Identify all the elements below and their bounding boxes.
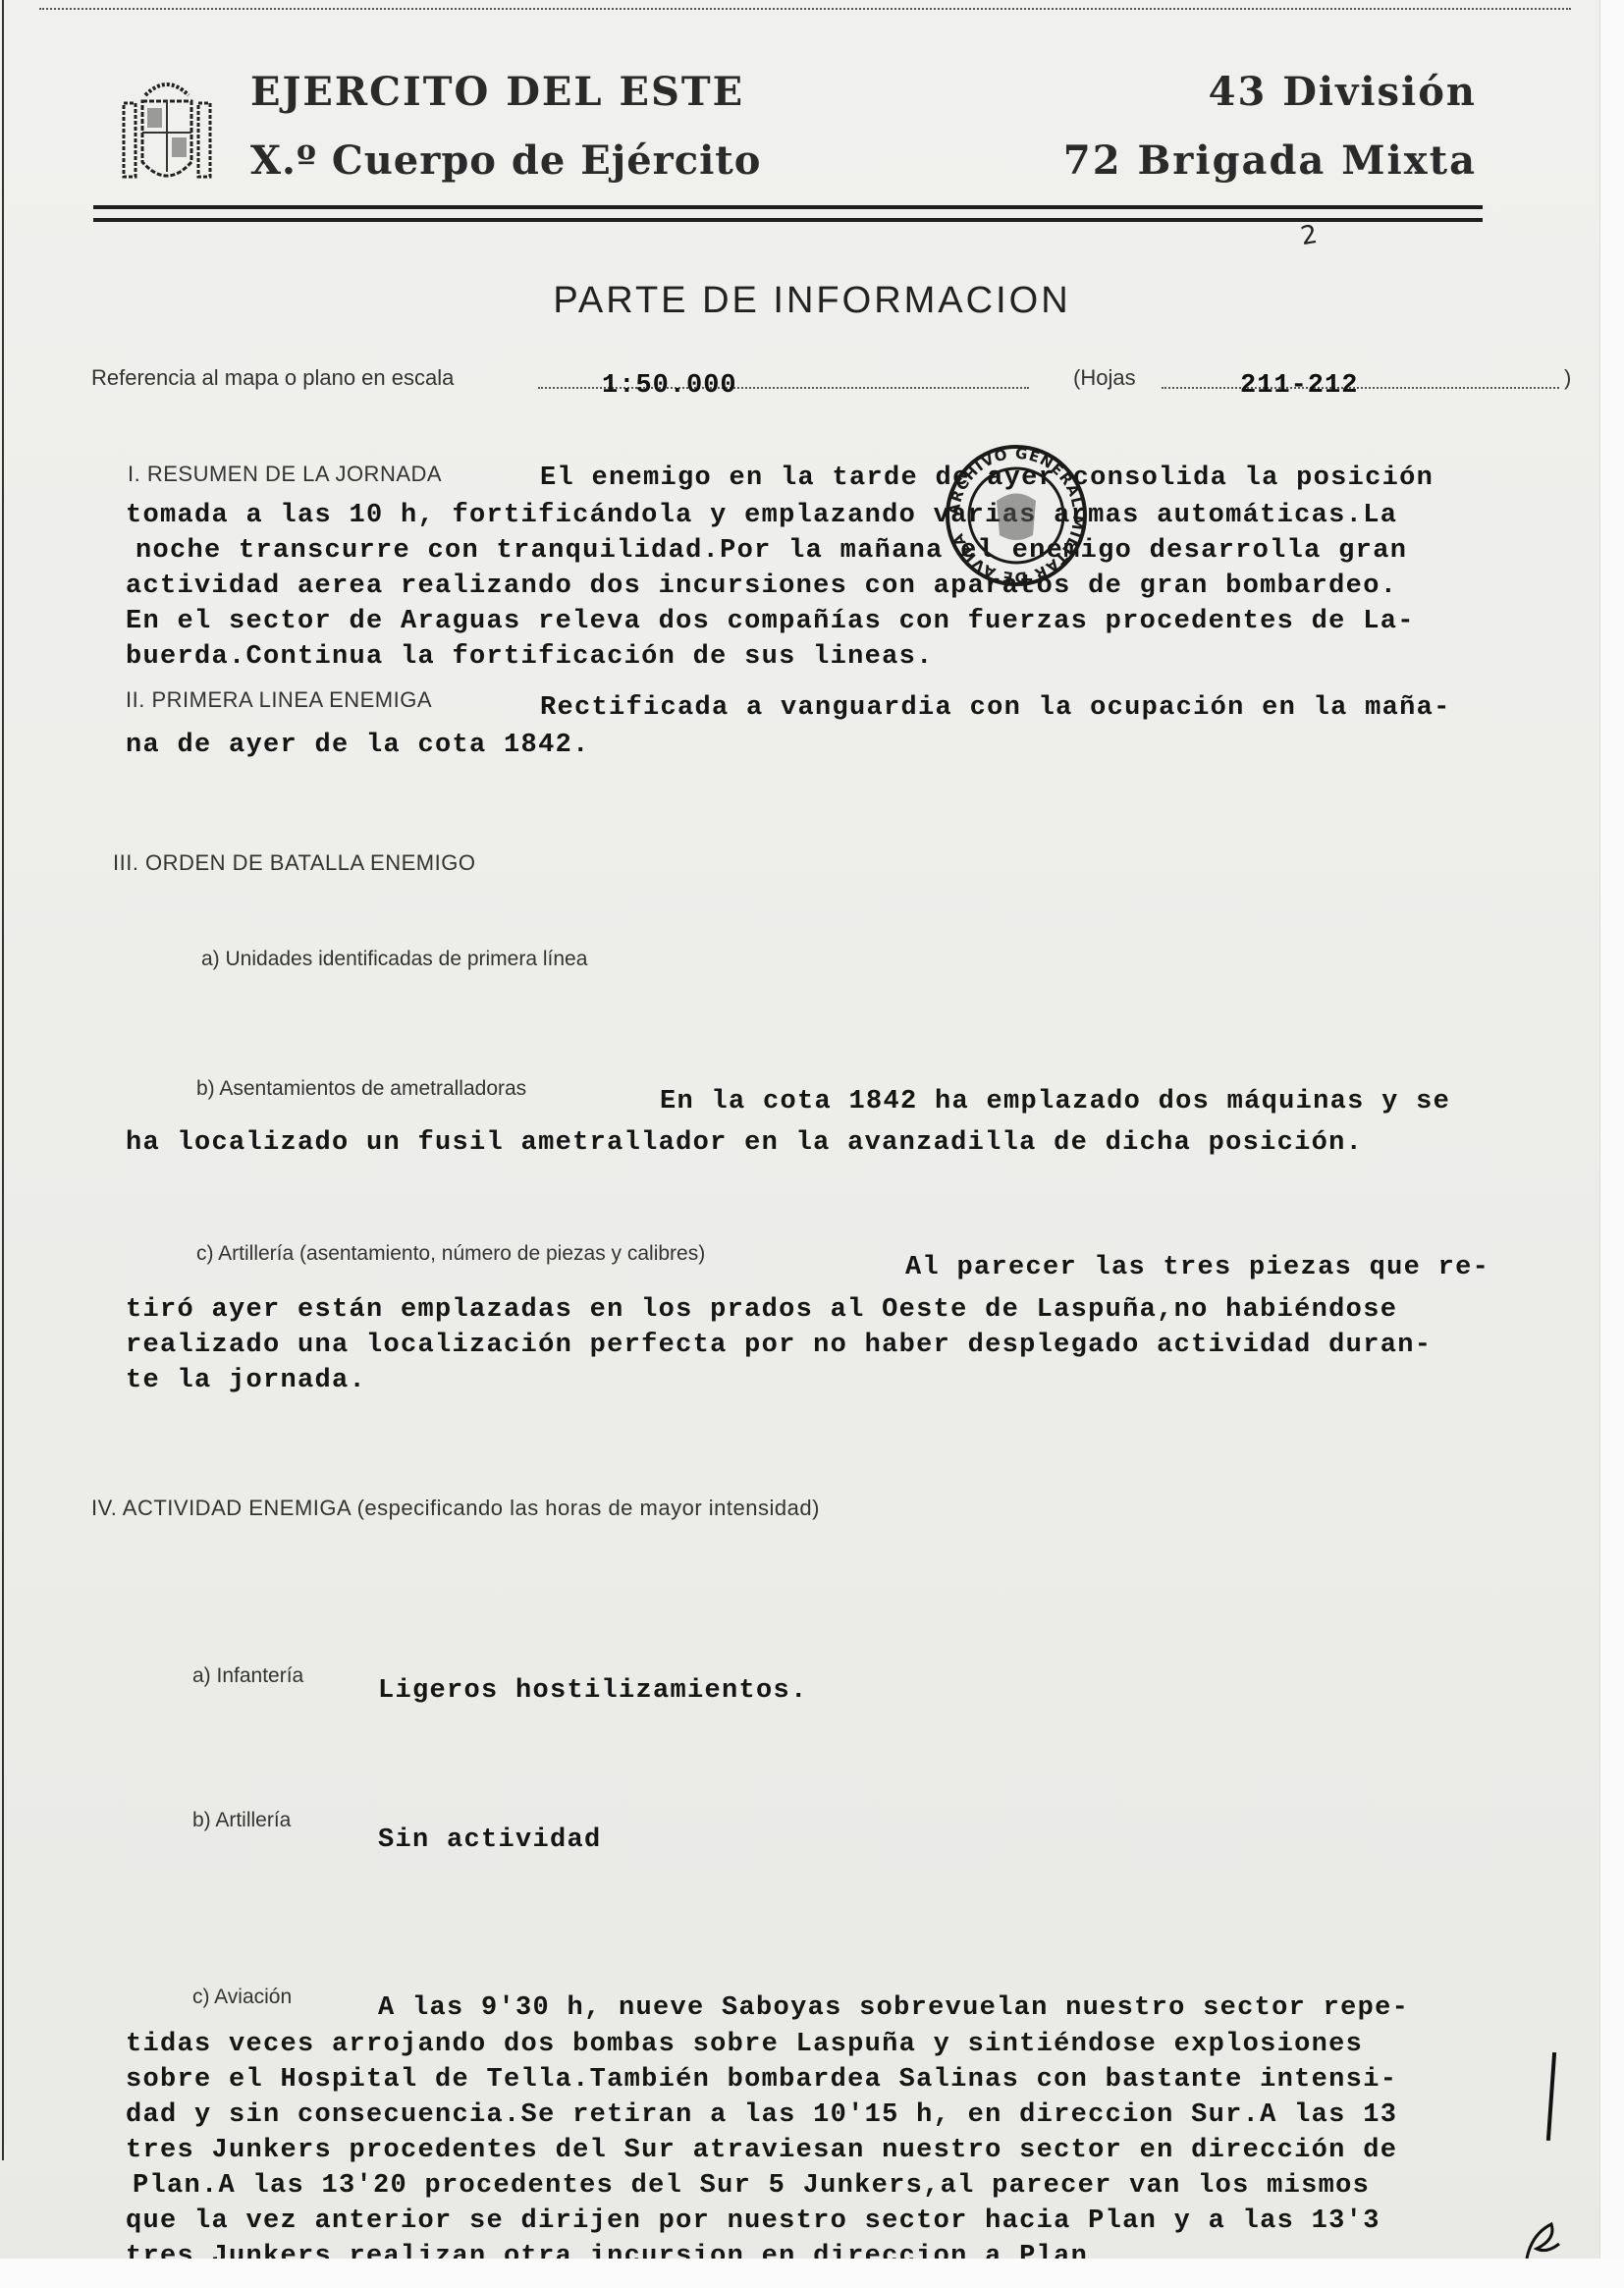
page-right-edge [1599,0,1624,2288]
document-page: EJERCITO DEL ESTE X.º Cuerpo de Ejército… [0,0,1624,2288]
scale-label: Referencia al mapa o plano en escala [91,365,454,391]
section-primera-linea-label: II. PRIMERA LINEA ENEMIGA [126,687,432,713]
aviacion-label: c) Aviación [192,1986,292,2009]
resumen-line-6: buerda.Continua la fortificación de sus … [126,638,934,676]
map-reference-row: Referencia al mapa o plano en escala 1:5… [91,365,1495,401]
division-name: 43 División [1209,69,1477,115]
sheets-value: 211-212 [1240,371,1358,401]
handwritten-initials-icon [1522,2214,1561,2263]
section-resumen-label: I. RESUMEN DE LA JORNADA [128,462,442,487]
resumen-line-3: noche transcurre con tranquilidad.Por la… [135,532,1407,570]
resumen-line-5: En el sector de Araguas releva dos compa… [126,603,1415,640]
resumen-line-4: actividad aerea realizando dos incursion… [126,568,1397,605]
scale-value: 1:50.000 [602,371,737,401]
aviacion-line-7: que la vez anterior se dirijen por nuest… [126,2203,1380,2240]
ametralladoras-line-1: En la cota 1842 ha emplazado dos máquina… [660,1083,1450,1120]
artilleria-orden-line-2: tiró ayer están emplazadas en los prados… [126,1291,1397,1329]
aviacion-line-6: Plan.A las 13'20 procedentes del Sur 5 J… [133,2167,1370,2205]
top-edge-dots [39,8,1571,10]
section-actividad-label: IV. ACTIVIDAD ENEMIGA (especificando las… [91,1496,820,1521]
artilleria-orden-line-1: Al parecer las tres piezas que re- [905,1249,1489,1286]
artilleria-orden-label: c) Artillería (asentamiento, número de p… [196,1242,705,1266]
artilleria-actividad-label: b) Artillería [192,1809,291,1832]
corps-name: X.º Cuerpo de Ejército [250,137,761,184]
aviacion-line-3: sobre el Hospital de Tella.También bomba… [126,2061,1397,2098]
document-title: PARTE DE INFORMACION [0,280,1624,322]
section-orden-batalla-label: III. ORDEN DE BATALLA ENEMIGO [113,850,475,876]
brigade-name: 72 Brigada Mixta [1063,137,1477,184]
primera-linea-line-2: na de ayer de la cota 1842. [126,727,590,764]
sheets-label: (Hojas [1073,365,1136,391]
resumen-line-2: tomada a las 10 h, fortificándola y empl… [126,497,1397,534]
ametralladoras-label: b) Asentamientos de ametralladoras [196,1077,526,1101]
header-rule-bottom [93,218,1483,222]
aviacion-line-2: tidas veces arrojando dos bombas sobre L… [126,2026,1363,2063]
coat-of-arms-icon [118,74,216,191]
margin-ink-mark [1546,2052,1556,2141]
artilleria-orden-line-3: realizado una localización perfecta por … [126,1327,1432,1364]
archive-stamp-icon: ARCHIVO GENERAL MILITAR DE AVILA [943,442,1090,589]
unidades-label: a) Unidades identificadas de primera lín… [201,948,587,971]
header-rule-top [93,205,1483,209]
artilleria-actividad-text: Sin actividad [378,1822,602,1859]
army-name: EJERCITO DEL ESTE [250,69,744,115]
primera-linea-line-1: Rectificada a vanguardia con la ocupació… [540,689,1451,727]
handwritten-page-number: 2 [1299,220,1321,251]
aviacion-line-4: dad y sin consecuencia.Se retiran a las … [126,2097,1397,2134]
artilleria-orden-line-4: te la jornada. [126,1362,366,1399]
infanteria-text: Ligeros hostilizamientos. [378,1672,808,1710]
aviacion-line-1: A las 9'30 h, nueve Saboyas sobrevuelan … [378,1989,1409,2027]
infanteria-label: a) Infantería [192,1664,303,1688]
sheets-dotted-line [1162,387,1559,389]
aviacion-line-5: tres Junkers procedentes del Sur atravie… [126,2132,1397,2169]
page-bottom-edge [0,2259,1624,2288]
sheets-close-paren: ) [1564,365,1571,391]
ametralladoras-line-2: ha localizado un fusil ametrallador en l… [126,1124,1363,1162]
page-left-border [2,0,4,2160]
